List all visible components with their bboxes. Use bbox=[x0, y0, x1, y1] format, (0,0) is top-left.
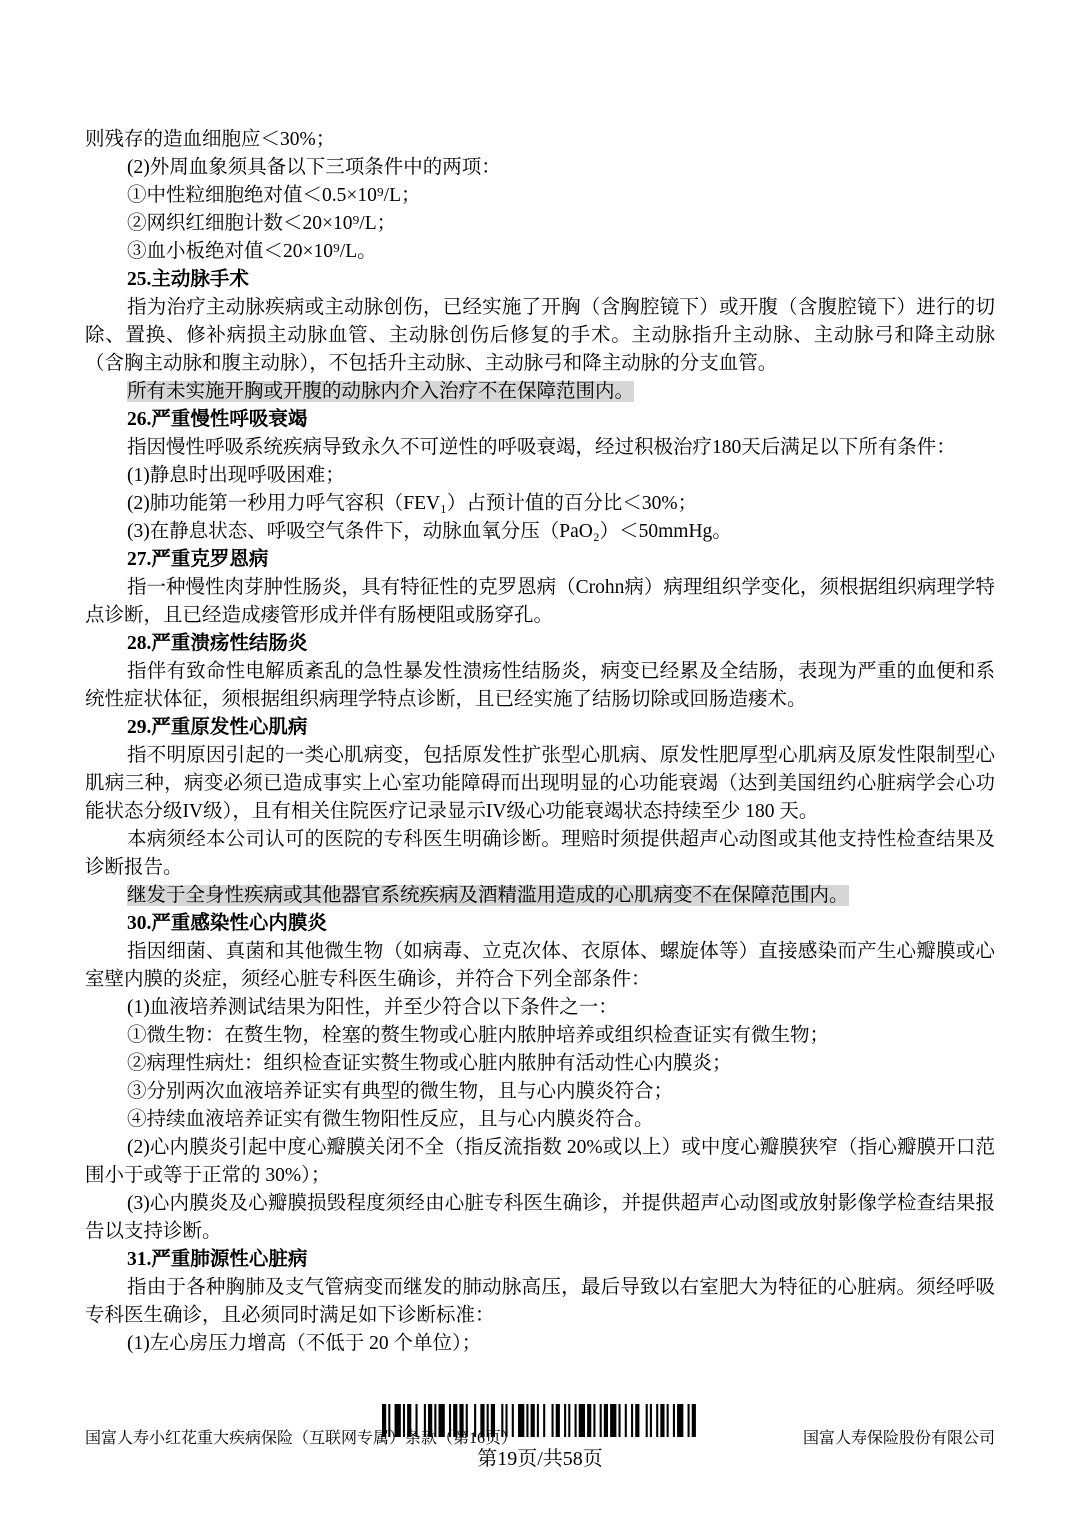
paragraph: 本病须经本公司认可的医院的专科医生明确诊断。理赔时须提供超声心动图或其他支持性检… bbox=[85, 826, 995, 882]
paragraph: 指为治疗主动脉疾病或主动脉创伤，已经实施了开胸（含胸腔镜下）或开腹（含腹腔镜下）… bbox=[85, 294, 995, 378]
paragraph: 指一种慢性肉芽肿性肠炎，具有特征性的克罗恩病（Crohn病）病理组织学变化，须根… bbox=[85, 574, 995, 630]
footer-company-name: 国富人寿保险股份有限公司 bbox=[803, 1429, 995, 1449]
paragraph: (1)静息时出现呼吸困难； bbox=[85, 462, 995, 490]
barcode-image bbox=[382, 1404, 698, 1437]
paragraph: (2)心内膜炎引起中度心瓣膜关闭不全（指反流指数 20%或以上）或中度心瓣膜狭窄… bbox=[85, 1134, 995, 1190]
section-heading: 27.严重克罗恩病 bbox=[85, 546, 995, 574]
section-heading: 26.严重慢性呼吸衰竭 bbox=[85, 406, 995, 434]
paragraph: ①中性粒细胞绝对值＜0.5×10⁹/L； bbox=[85, 182, 995, 210]
paragraph: ②病理性病灶：组织检查证实赘生物或心脏内脓肿有活动性心内膜炎； bbox=[85, 1050, 995, 1078]
paragraph: 指伴有致命性电解质紊乱的急性暴发性溃疡性结肠炎，病变已经累及全结肠，表现为严重的… bbox=[85, 658, 995, 714]
document-body: 则残存的造血细胞应＜30%；(2)外周血象须具备以下三项条件中的两项：①中性粒细… bbox=[85, 126, 995, 1358]
paragraph: (1)血液培养测试结果为阳性，并至少符合以下条件之一： bbox=[85, 994, 995, 1022]
section-heading: 28.严重溃疡性结肠炎 bbox=[85, 630, 995, 658]
paragraph: 指因慢性呼吸系统疾病导致永久不可逆性的呼吸衰竭，经过积极治疗180天后满足以下所… bbox=[85, 434, 995, 462]
exclusion-note: 继发于全身性疾病或其他器官系统疾病及酒精滥用造成的心肌病变不在保障范围内。 bbox=[85, 882, 995, 910]
section-heading: 30.严重感染性心内膜炎 bbox=[85, 910, 995, 938]
paragraph: (2)肺功能第一秒用力呼气容积（FEV₁）占预计值的百分比＜30%； bbox=[85, 490, 995, 518]
paragraph: 指不明原因引起的一类心肌病变，包括原发性扩张型心肌病、原发性肥厚型心肌病及原发性… bbox=[85, 742, 995, 826]
paragraph: ①微生物：在赘生物，栓塞的赘生物或心脏内脓肿培养或组织检查证实有微生物； bbox=[85, 1022, 995, 1050]
section-heading: 31.严重肺源性心脏病 bbox=[85, 1246, 995, 1274]
highlighted-text: 所有未实施开胸或开腹的动脉内介入治疗不在保障范围内。 bbox=[127, 381, 634, 402]
paragraph: (3)心内膜炎及心瓣膜损毁程度须经由心脏专科医生确诊，并提供超声心动图或放射影像… bbox=[85, 1190, 995, 1246]
section-heading: 25.主动脉手术 bbox=[85, 266, 995, 294]
footer-document-title: 国富人寿小红花重大疾病保险（互联网专属）条款（第16页） bbox=[85, 1429, 517, 1449]
exclusion-note: 所有未实施开胸或开腹的动脉内介入治疗不在保障范围内。 bbox=[85, 378, 995, 406]
paragraph: ③血小板绝对值＜20×10⁹/L。 bbox=[85, 238, 995, 266]
page-number: 第19页/共58页 bbox=[0, 1446, 1080, 1472]
section-heading: 29.严重原发性心肌病 bbox=[85, 714, 995, 742]
paragraph: 指因细菌、真菌和其他微生物（如病毒、立克次体、衣原体、螺旋体等）直接感染而产生心… bbox=[85, 938, 995, 994]
highlighted-text: 继发于全身性疾病或其他器官系统疾病及酒精滥用造成的心肌病变不在保障范围内。 bbox=[127, 885, 849, 906]
paragraph: ②网织红细胞计数＜20×10⁹/L； bbox=[85, 210, 995, 238]
paragraph: (2)外周血象须具备以下三项条件中的两项： bbox=[85, 154, 995, 182]
paragraph: 指由于各种胸肺及支气管病变而继发的肺动脉高压，最后导致以右室肥大为特征的心脏病。… bbox=[85, 1274, 995, 1330]
paragraph: (3)在静息状态、呼吸空气条件下，动脉血氧分压（PaO₂）＜50mmHg。 bbox=[85, 518, 995, 546]
policy-document-page: 则残存的造血细胞应＜30%；(2)外周血象须具备以下三项条件中的两项：①中性粒细… bbox=[0, 0, 1080, 1528]
paragraph: ④持续血液培养证实有微生物阳性反应，且与心内膜炎符合。 bbox=[85, 1106, 995, 1134]
paragraph: (1)左心房压力增高（不低于 20 个单位）； bbox=[85, 1330, 995, 1358]
paragraph: 则残存的造血细胞应＜30%； bbox=[85, 126, 995, 154]
paragraph: ③分别两次血液培养证实有典型的微生物，且与心内膜炎符合； bbox=[85, 1078, 995, 1106]
